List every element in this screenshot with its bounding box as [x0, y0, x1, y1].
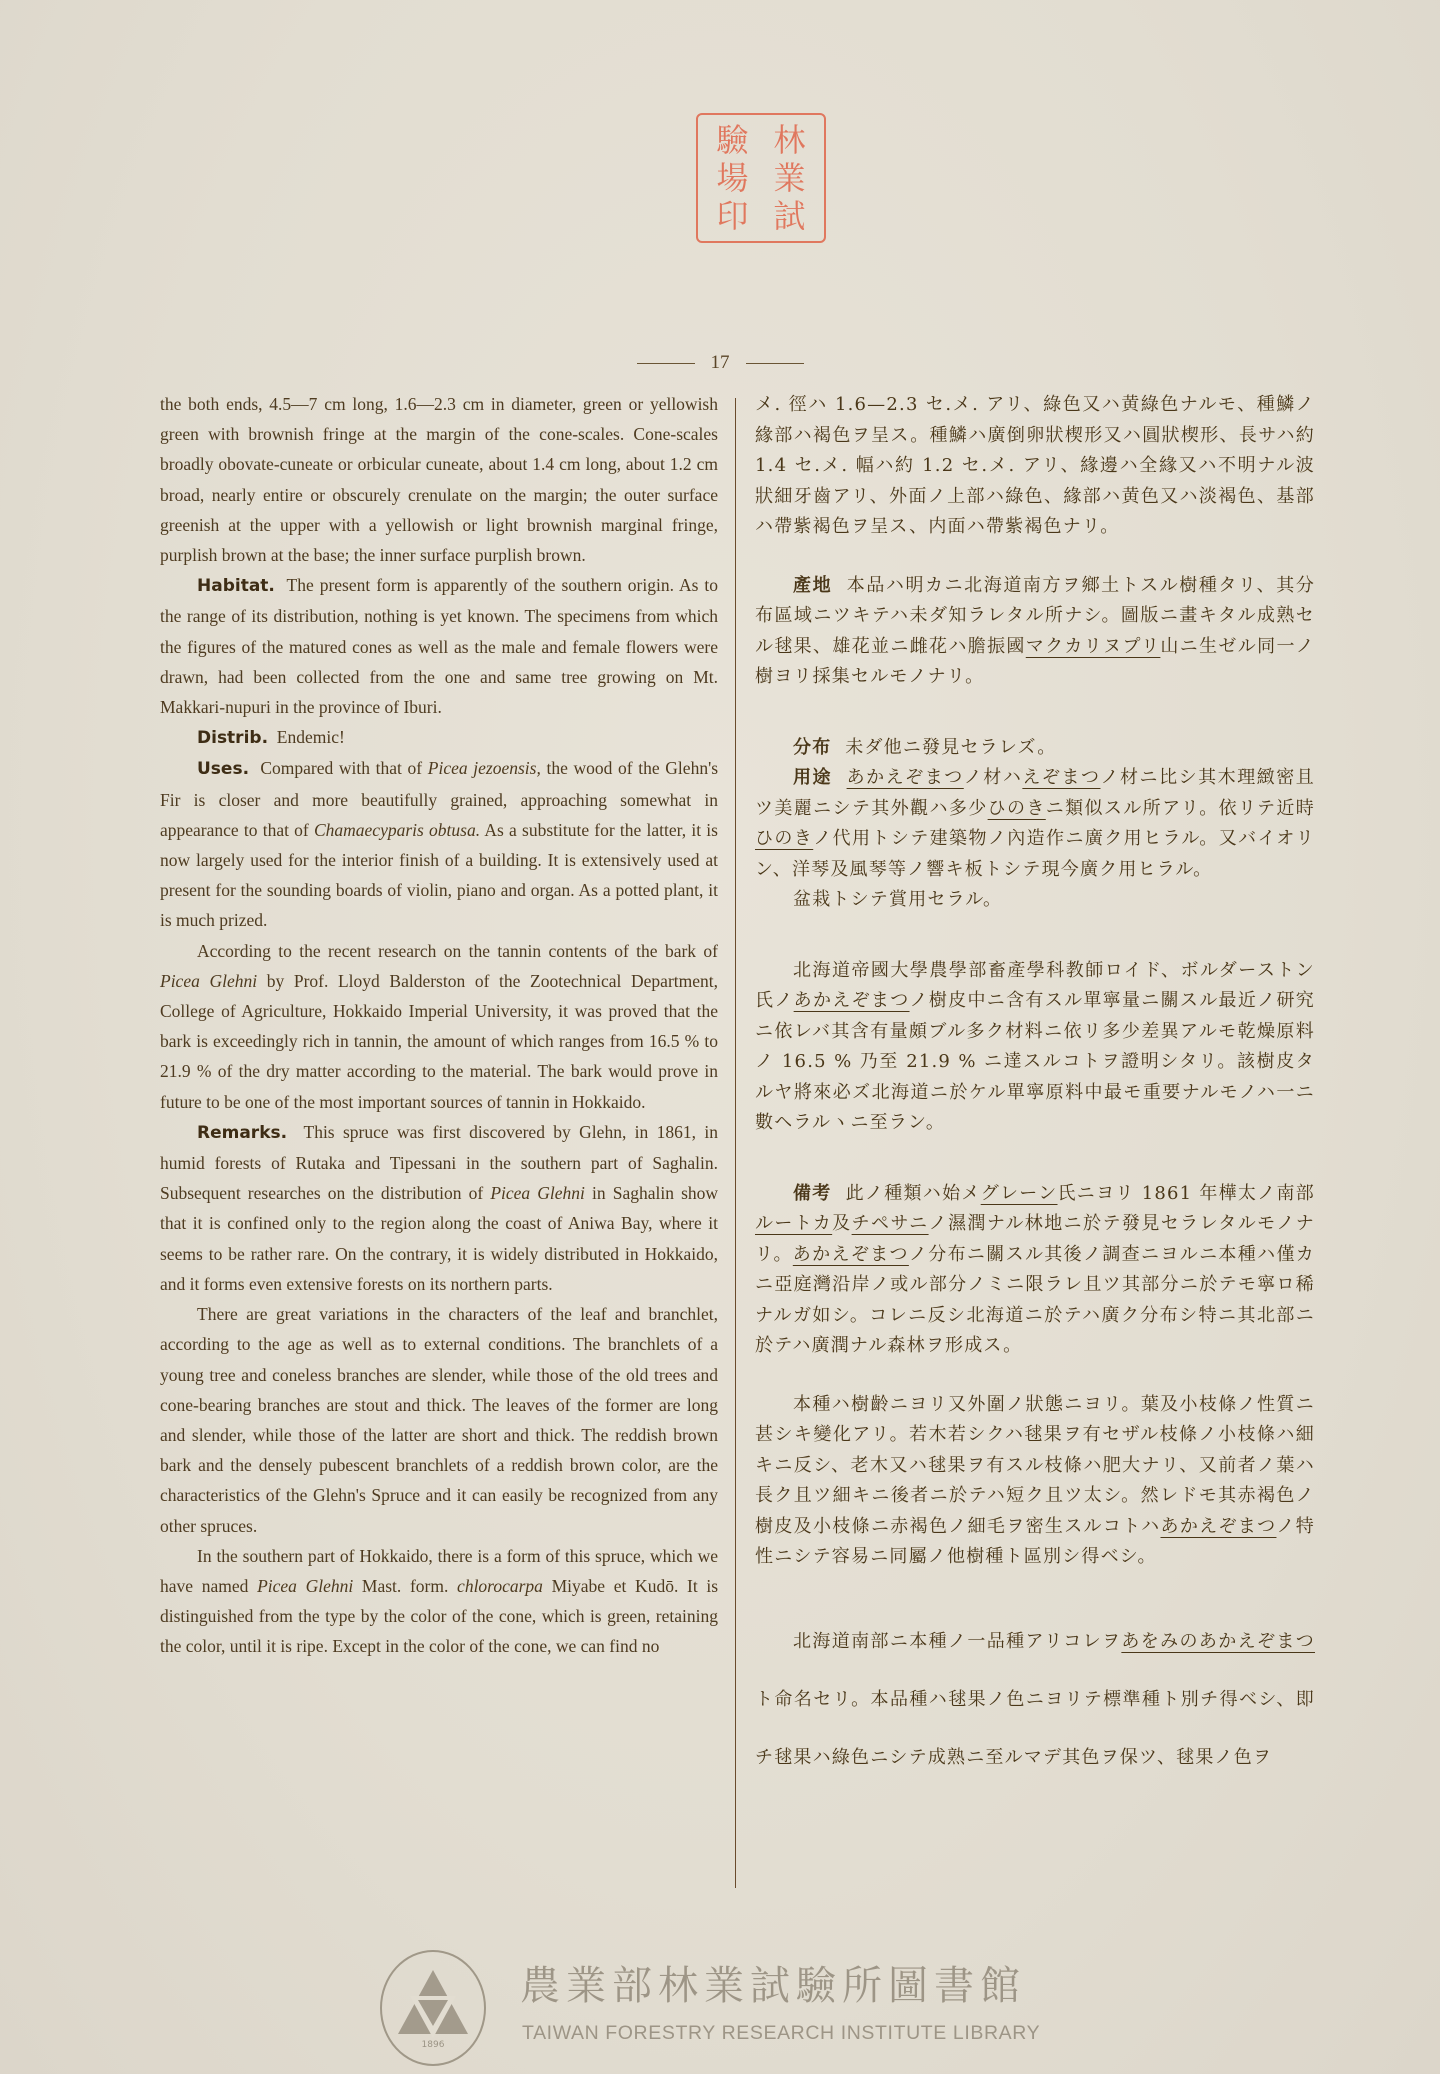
- triangle-star-icon: [396, 1968, 470, 2042]
- species-name: Picea Glehni: [160, 971, 257, 991]
- southern-form-paragraph-ja: 北海道南部ニ本種ノ一品種アリコレヲあをみのあかえぞまつト命名セリ。本品種ハ毬果ノ…: [755, 1613, 1315, 1787]
- page-number-text: 17: [711, 352, 730, 373]
- emblem-year: 1896: [382, 2040, 484, 2050]
- library-watermark: 1896 農業部林業試驗所圖書館 TAIWAN FORESTRY RESEARC…: [380, 1948, 1100, 2068]
- stamp-char: 業: [761, 162, 818, 194]
- japanese-column: メ. 徑ハ 1.6—2.3 セ.メ. アリ、綠色又ハ黄綠色ナルモ、種鱗ノ緣部ハ褐…: [755, 390, 1315, 1787]
- plant-name: ひのき: [988, 798, 1046, 819]
- place-name: ルートカ: [755, 1213, 832, 1234]
- form-name: chlorocarpa: [457, 1576, 543, 1596]
- person-name: グレーン: [981, 1183, 1058, 1204]
- plant-name: あかえぞまつ: [793, 1244, 909, 1265]
- habitat-heading-ja: 產地: [793, 575, 832, 596]
- plant-name: あかえぞまつ: [1161, 1516, 1277, 1537]
- forestry-institute-emblem-icon: 1896: [380, 1950, 486, 2066]
- stamp-char: 林: [761, 124, 818, 156]
- species-name: Chamaecyparis obtusa.: [314, 820, 480, 840]
- page-number-rule-right: [746, 363, 804, 364]
- stamp-char: 印: [704, 200, 761, 232]
- description-continued: the both ends, 4.5—7 cm long, 1.6—2.3 cm…: [160, 389, 718, 570]
- library-seal-stamp: 林 業 試 驗 場 印: [696, 113, 826, 243]
- plant-name: えぞまつ: [1022, 767, 1100, 788]
- remarks-heading-ja: 備考: [793, 1183, 832, 1204]
- remarks-paragraph-ja: 備考 此ノ種類ハ始メグレーン氏ニヨリ 1861 年樺太ノ南部ルートカ及チペサニノ…: [755, 1179, 1315, 1362]
- habitat-paragraph-ja: 產地 本品ハ明カニ北海道南方ヲ鄉土トスル樹種タリ、其分布區域ニツキテハ未ダ知ラレ…: [755, 571, 1315, 693]
- remarks-heading: Remarks.: [197, 1123, 287, 1143]
- stamp-char: 驗: [704, 124, 761, 156]
- species-name: Picea Glehni: [257, 1576, 353, 1596]
- plant-name: ひのき: [755, 828, 813, 849]
- distrib-paragraph: Distrib. Endemic!: [160, 722, 718, 753]
- distrib-paragraph-ja: 分布 未ダ他ニ發見セラレズ。: [755, 733, 1315, 764]
- library-name-chinese: 農業部林業試驗所圖書館: [520, 1954, 1026, 2011]
- uses-heading-ja: 用途: [793, 767, 832, 788]
- stamp-char: 場: [704, 162, 761, 194]
- remarks-paragraph: Remarks. This spruce was first discovere…: [160, 1117, 718, 1299]
- english-column: the both ends, 4.5—7 cm long, 1.6—2.3 cm…: [160, 389, 718, 1662]
- page-number: 17: [0, 352, 1440, 374]
- place-name: チペサニ: [852, 1213, 929, 1234]
- variations-paragraph: There are great variations in the charac…: [160, 1299, 718, 1541]
- habitat-paragraph: Habitat. The present form is apparently …: [160, 570, 718, 722]
- distrib-heading-ja: 分布: [793, 737, 831, 758]
- description-continued-ja: メ. 徑ハ 1.6—2.3 セ.メ. アリ、綠色又ハ黄綠色ナルモ、種鱗ノ緣部ハ褐…: [755, 390, 1315, 543]
- species-name: Picea jezoensis,: [428, 758, 541, 778]
- column-divider: [735, 398, 736, 1888]
- library-name-english: TAIWAN FORESTRY RESEARCH INSTITUTE LIBRA…: [522, 2022, 1040, 2045]
- uses-bonsai-ja: 盆栽トシテ賞用セラル。: [755, 885, 1315, 916]
- page-number-rule-left: [637, 363, 695, 364]
- southern-form-paragraph: In the southern part of Hokkaido, there …: [160, 1541, 718, 1662]
- place-name: マクカリヌプリ: [1026, 636, 1161, 657]
- stamp-char: 試: [761, 200, 818, 232]
- plant-name: あかえぞまつ: [794, 990, 910, 1011]
- uses-heading: Uses.: [197, 759, 249, 779]
- uses-paragraph: Uses. Compared with that of Picea jezoen…: [160, 753, 718, 935]
- plant-name: あかえぞまつ: [847, 767, 964, 788]
- plant-name: あをみのあかえぞまつ: [1121, 1631, 1315, 1652]
- habitat-heading: Habitat.: [197, 576, 275, 596]
- uses-paragraph-ja: 用途 あかえぞまつノ材ハえぞまつノ材ニ比シ其木理緻密且ツ美麗ニシテ其外觀ハ多少ひ…: [755, 763, 1315, 885]
- distrib-heading: Distrib.: [197, 728, 268, 748]
- variations-paragraph-ja: 本種ハ樹齡ニヨリ又外圍ノ狀態ニヨリ。葉及小枝條ノ性質ニ甚シキ變化アリ。若木若シク…: [755, 1390, 1315, 1573]
- tannin-paragraph: According to the recent research on the …: [160, 936, 718, 1117]
- tannin-paragraph-ja: 北海道帝國大學農學部畜產學科教師ロイド、ボルダーストン氏ノあかえぞまつノ樹皮中ニ…: [755, 956, 1315, 1139]
- species-name: Picea Glehni: [490, 1183, 585, 1203]
